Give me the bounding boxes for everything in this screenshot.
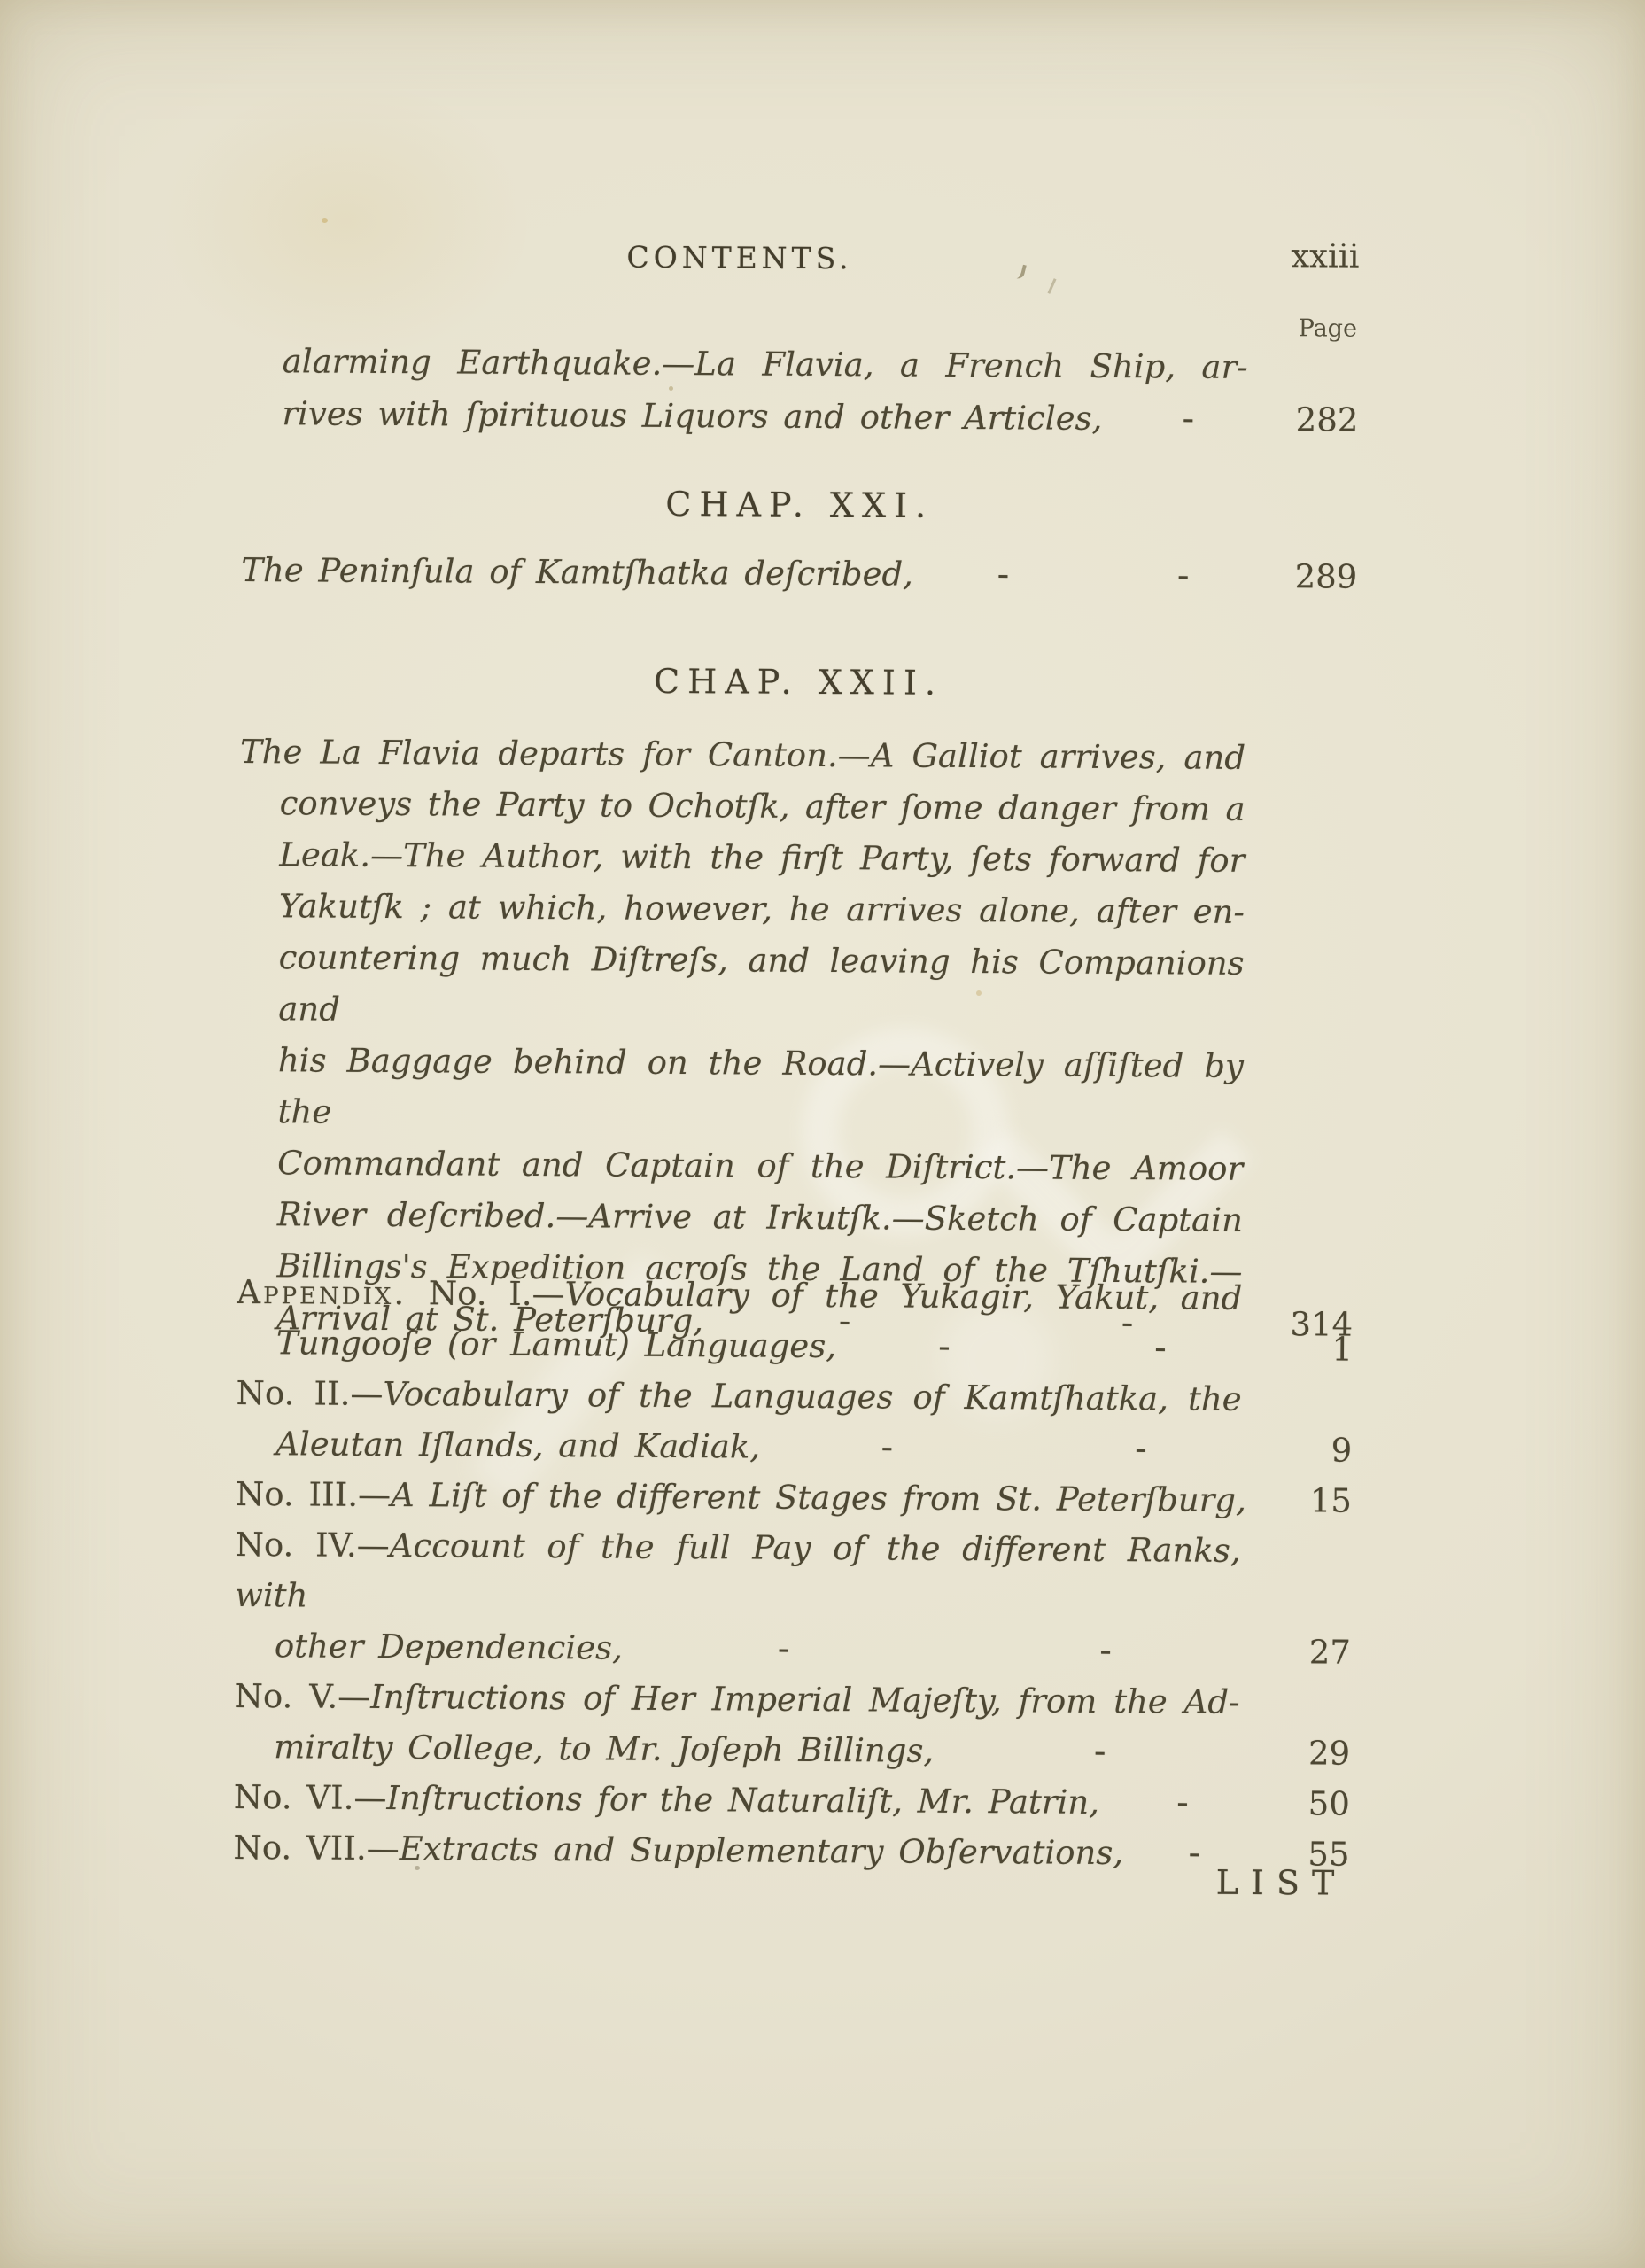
toc-line: The Peninſula of Kamtſhatka deſcribed, -… [241, 544, 1357, 603]
leader-dash: - [1176, 1777, 1189, 1828]
entry-title: Tungooſe (or Lamut) Languages, [276, 1317, 836, 1371]
toc-line: No. VII.—Extracts and Supplementary Obſe… [233, 1822, 1349, 1880]
leader-dash: - [1154, 1323, 1167, 1373]
entry-number: No. VII.— [233, 1822, 400, 1874]
entry-title: rives with ſpirituous Liquors and other … [282, 388, 1102, 445]
entry-title: Vocabulary of the Yukagir, Yakut, and [564, 1275, 1242, 1317]
page-number: 29 [1266, 1728, 1350, 1779]
leader-dash: - [1188, 1829, 1200, 1879]
toc-line: River deſcribed.—Arrive at Irkutſk.—Sket… [277, 1189, 1243, 1247]
toc-line: rives with ſpirituous Liquors and other … [282, 387, 1358, 446]
toc-line: alarming Earthquake.—La Flavia, a French… [283, 336, 1248, 393]
page-number: 15 [1268, 1475, 1352, 1526]
leader: -- [623, 1623, 1267, 1677]
leader: - [1102, 392, 1274, 445]
leader-dash: - [997, 548, 1010, 600]
toc-line: countering much Diſtreſs, and leaving hi… [278, 932, 1245, 1041]
folio-number: xxiii [1291, 237, 1359, 275]
chapter-heading: CHAP. XXII. [240, 659, 1356, 705]
leader-dash: - [1182, 392, 1194, 444]
entry-title: miralty College, to Mr. Joſeph Billings, [274, 1721, 934, 1776]
entry-number: No. II.— [237, 1374, 384, 1413]
toc-line: Leak.—The Author, with the firſt Party, … [279, 829, 1245, 887]
leader: - [1099, 1777, 1266, 1829]
toc-line: his Baggage behind on the Road.—Actively… [277, 1035, 1244, 1144]
book-page: CONTENTS. xxiii Page alarming Earthquake… [0, 0, 1645, 2268]
page-number: 289 [1273, 551, 1357, 603]
page-number: 1 [1269, 1324, 1353, 1375]
toc-line: Yakutſk ; at which, however, he arrives … [279, 881, 1245, 938]
leader-dash: - [1094, 1727, 1106, 1777]
leader-dash: - [778, 1624, 790, 1674]
leader-dash: - [1135, 1424, 1147, 1474]
toc-line: conveys the Party to Ochotſk, after ſome… [280, 778, 1245, 835]
toc-line: The La Flavia departs for Canton.—A Gall… [240, 726, 1245, 784]
leader-dash: - [938, 1322, 951, 1372]
leader: -- [836, 1321, 1269, 1374]
entry-number: No. III.— [236, 1469, 391, 1520]
toc-line: No. III.—A Liſt of the different Stages … [236, 1469, 1352, 1526]
entry-title: A Liſt of the different Stages from St. … [391, 1470, 1246, 1526]
leader: - [934, 1726, 1266, 1778]
leader-dash: - [1177, 549, 1190, 601]
entry-number: No. IV.— [235, 1526, 389, 1565]
toc-line: Tungooſe (or Lamut) Languages, -- 1 [276, 1317, 1353, 1374]
toc-line: Commandant and Captain of the Diſtrict.—… [277, 1138, 1243, 1195]
entry-title: other Dependencies, [275, 1620, 623, 1673]
toc-line: other Dependencies, -- 27 [275, 1620, 1351, 1677]
page-number: 27 [1267, 1627, 1351, 1678]
leader-dash: - [881, 1422, 893, 1472]
toc-line: miralty College, to Mr. Joſeph Billings,… [274, 1721, 1350, 1778]
leader: -- [760, 1422, 1269, 1476]
running-title: CONTENTS. [626, 240, 852, 276]
appendix-label: Appendix. [237, 1273, 407, 1312]
chapter-heading: CHAP. XXI. [242, 482, 1358, 528]
toc-line: No. IV.—Account of the full Pay of the d… [235, 1519, 1241, 1627]
entry-title: Vocabulary of the Languages of Kamtſhatk… [383, 1375, 1241, 1418]
catchword: LIST [1216, 1863, 1347, 1903]
entry-number: No. V.— [234, 1677, 370, 1716]
leader-dash: - [1099, 1626, 1112, 1676]
entry-title: Inſtructions for the Naturaliſt, Mr. Pat… [386, 1773, 1099, 1828]
entry-title: Inſtructions of Her Imperial Majeſty, fr… [370, 1678, 1240, 1721]
entry-number: No. I.— [429, 1274, 565, 1313]
page-number: 50 [1266, 1778, 1350, 1829]
chapter-abstract: The La Flavia departs for Canton.—A Gall… [237, 726, 1356, 1351]
toc-entry: The Peninſula of Kamtſhatka deſcribed, -… [241, 544, 1357, 603]
toc-line: No. VI.—Inſtructions for the Naturaliſt,… [234, 1772, 1350, 1829]
page-number: 282 [1274, 394, 1358, 447]
appendix-section: Appendix. No. I.—Vocabulary of the Yukag… [233, 1267, 1353, 1880]
leader: -- [913, 548, 1274, 602]
entry-number: No. VI.— [234, 1772, 387, 1823]
page-number: 9 [1268, 1425, 1352, 1476]
entry-title: Aleutan Iſlands, and Kadiak, [275, 1418, 760, 1472]
toc-continuation: alarming Earthquake.—La Flavia, a French… [242, 336, 1359, 447]
toc-line: No. V.—Inſtructions of Her Imperial Maje… [234, 1671, 1239, 1728]
entry-title: The Peninſula of Kamtſhatka deſcribed, [241, 545, 913, 601]
page-column-label: Page [1299, 315, 1358, 342]
toc-line: Aleutan Iſlands, and Kadiak, -- 9 [275, 1418, 1352, 1475]
toc-line: No. II.—Vocabulary of the Languages of K… [236, 1368, 1241, 1425]
toc-line: Appendix. No. I.—Vocabulary of the Yukag… [237, 1267, 1242, 1324]
entry-title: Extracts and Supplementary Obſervations, [400, 1823, 1124, 1878]
